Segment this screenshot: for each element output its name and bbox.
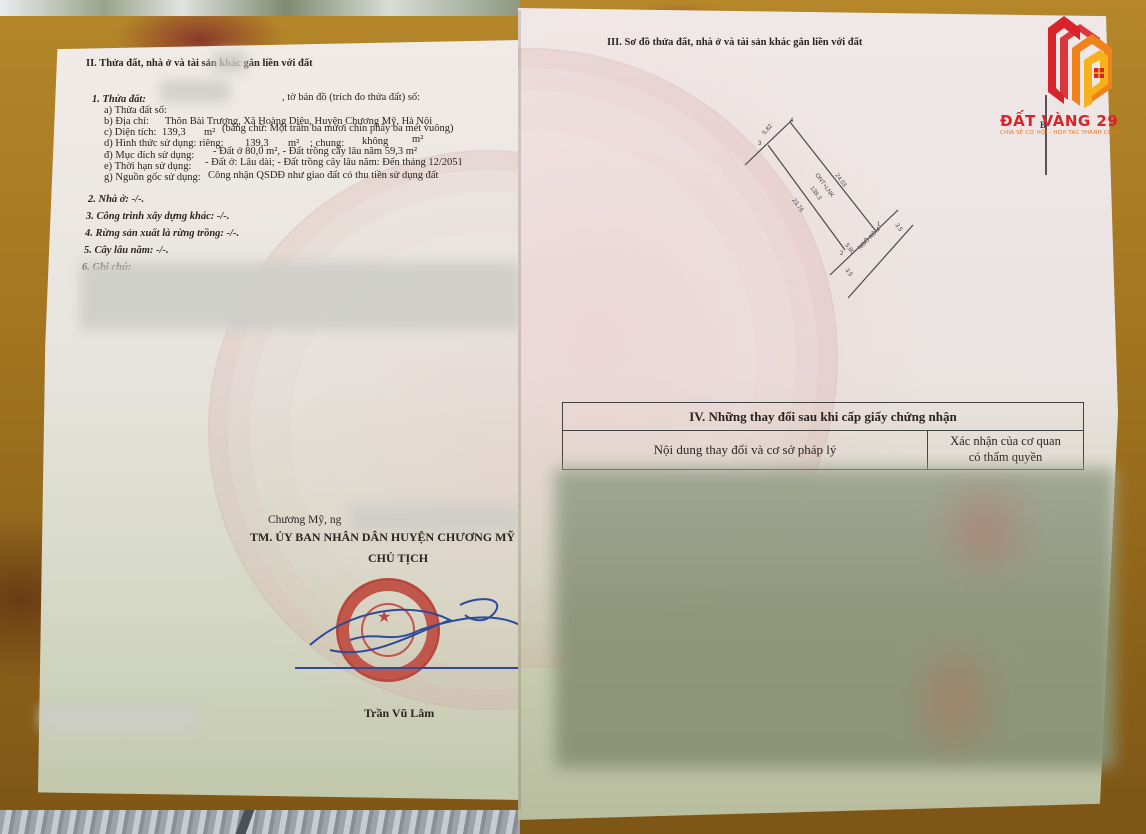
land-use-purpose-value: - Đất ở 80,0 m², - Đất trồng cây lâu năm… — [213, 146, 417, 157]
redacted-date — [350, 505, 520, 531]
other-construction-item: 3. Công trình xây dựng khác: -/-. — [86, 211, 229, 222]
svg-text:4: 4 — [790, 118, 794, 124]
parcel-number-label: a) Thửa đất số: — [104, 105, 167, 116]
authority-confirmation-header: Xác nhận của cơ quancó thẩm quyền — [928, 431, 1083, 469]
area-label: c) Diện tích: — [104, 127, 156, 138]
section-4-title: IV. Những thay đổi sau khi cấp giấy chứn… — [563, 403, 1083, 431]
changes-table: IV. Những thay đổi sau khi cấp giấy chứn… — [562, 402, 1084, 470]
brand-tagline: CHIA SẺ CƠ HỘI - HỢP TÁC THÀNH CÔNG — [1000, 130, 1121, 136]
area-in-words: (bằng chữ: Một trăm ba mươi chín phẩy ba… — [222, 123, 454, 134]
usage-origin-value: Công nhận QSDĐ như giao đất có thu tiền … — [208, 170, 438, 181]
section-2-title: II. Thửa đất, nhà ở và tài sản khác gắn … — [86, 58, 313, 69]
background-pavement — [0, 810, 520, 834]
brand-name: ĐẤT VÀNG 29 — [1000, 112, 1118, 130]
land-parcel-heading: 1. Thửa đất: — [92, 94, 146, 105]
redacted-area — [40, 705, 200, 731]
redacted-area — [212, 52, 248, 72]
svg-text:139.3: 139.3 — [808, 186, 822, 202]
svg-text:3: 3 — [758, 141, 762, 147]
land-use-purpose-label: đ) Mục đích sử dụng: — [104, 150, 194, 161]
svg-text:2: 2 — [840, 251, 844, 257]
area-value: 139,3 — [162, 127, 186, 138]
signature-title: CHỦ TỊCH — [368, 551, 428, 566]
changes-content-header: Nội dung thay đổi và cơ sở pháp lý — [563, 431, 928, 469]
page-spine — [518, 10, 521, 810]
svg-text:3.5: 3.5 — [893, 223, 903, 234]
redacted-notes — [80, 262, 520, 330]
usage-term-value: - Đất ở: Lâu dài; - Đất trồng cây lâu nă… — [205, 157, 463, 168]
perennial-trees-item: 5. Cây lâu năm: -/-. — [84, 245, 169, 256]
area-unit: m² — [204, 127, 215, 138]
svg-text:23.76: 23.76 — [790, 198, 804, 214]
house-item: 2. Nhà ở: -/-. — [88, 194, 144, 205]
svg-text:NGÕ XÓM: NGÕ XÓM — [856, 226, 881, 251]
blue-signature — [290, 590, 530, 680]
usage-term-label: e) Thời hạn sử dụng: — [104, 161, 191, 172]
background-trees — [0, 0, 520, 16]
usage-origin-label: g) Nguồn gốc sử dụng: — [104, 172, 201, 183]
svg-text:5.82: 5.82 — [762, 123, 775, 136]
signer-name: Trần Vũ Lâm — [364, 706, 434, 721]
usage-shared-unit: m² — [412, 134, 423, 145]
signature-organization: TM. ỦY BAN NHÂN DÂN HUYỆN CHƯƠNG MỸ — [250, 530, 522, 545]
address-label: b) Địa chỉ: — [104, 116, 149, 127]
redacted-area — [160, 80, 230, 102]
production-forest-item: 4. Rừng sản xuất là rừng trồng: -/-. — [85, 228, 239, 239]
parcel-diagram: 5.82 24.03 23.76 5.80 3.5 3.5 ONT+LNK 13… — [720, 100, 920, 300]
usage-form-label: d) Hình thức sử dụng: riêng: — [104, 138, 224, 149]
map-sheet-label: , tờ bản đồ (trích đo thửa đất) số: — [282, 92, 420, 103]
redacted-changes-content — [555, 468, 1115, 768]
svg-text:3.5: 3.5 — [843, 268, 853, 279]
section-3-title: III. Sơ đồ thửa đất, nhà ở và tài sản kh… — [607, 37, 862, 48]
signature-place-date: Chương Mỹ, ng — [268, 514, 341, 526]
